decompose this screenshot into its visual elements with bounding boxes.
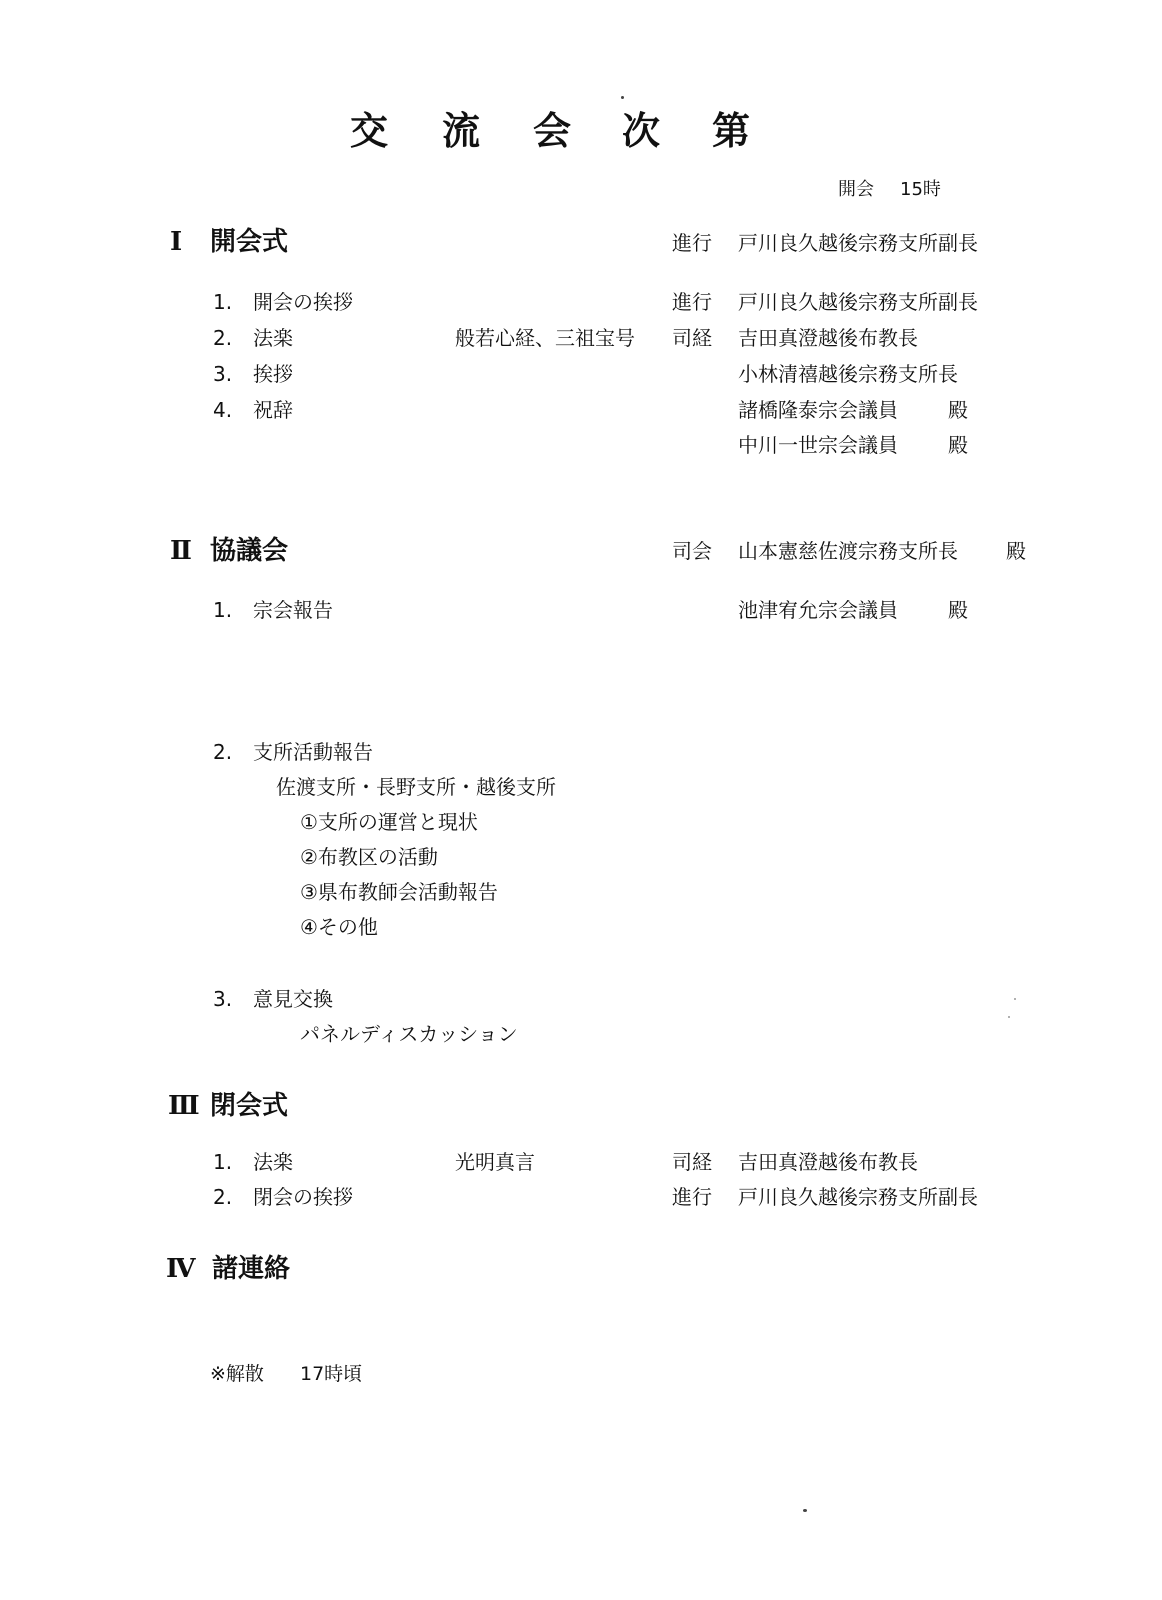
item-person: 吉田真澄越後布教長 — [738, 1152, 918, 1172]
section-heading: 閉会式 — [210, 1093, 288, 1119]
title-char: 次 — [622, 112, 660, 150]
document-title: 交 流 会 次 第 — [350, 112, 770, 156]
item-role: 司経 — [672, 1152, 712, 1172]
title-char: 交 — [350, 112, 388, 150]
subitem: ①支所の運営と現状 — [300, 812, 478, 832]
item-number: 1. — [213, 292, 232, 312]
item-label: 開会の挨拶 — [253, 292, 353, 312]
scan-speck — [1008, 1016, 1010, 1018]
item-person: 諸橋隆泰宗会議員 — [738, 400, 898, 420]
title-char: 第 — [712, 112, 750, 150]
item-number: 2. — [213, 328, 232, 348]
item-person: 中川一世宗会議員 — [738, 435, 898, 455]
item-label: 法楽 — [253, 1152, 293, 1172]
title-char: 流 — [442, 112, 480, 150]
item-label: 挨拶 — [253, 364, 293, 384]
item-person: 小林清禧越後宗務支所長 — [738, 364, 958, 384]
item-label: 祝辞 — [253, 400, 293, 420]
item-label: 法楽 — [253, 328, 293, 348]
item-sub: パネルディスカッション — [300, 1024, 518, 1044]
section-person: 山本憲慈佐渡宗務支所長 — [738, 541, 958, 561]
opening-time-label: 開会 — [838, 181, 874, 199]
item-number: 2. — [213, 1187, 232, 1207]
subitem: ③県布教師会活動報告 — [300, 882, 498, 902]
item-detail: 光明真言 — [455, 1152, 535, 1172]
section-numeral: Ⅱ — [170, 538, 192, 564]
item-person: 池津宥允宗会議員 — [738, 600, 898, 620]
item-person: 戸川良久越後宗務支所副長 — [738, 292, 978, 312]
item-number: 2. — [213, 742, 232, 762]
section-heading: 諸連絡 — [212, 1256, 290, 1282]
section-person: 戸川良久越後宗務支所副長 — [738, 233, 978, 253]
item-sub: 佐渡支所・長野支所・越後支所 — [276, 777, 556, 797]
item-label: 宗会報告 — [253, 600, 333, 620]
section-role: 進行 — [672, 233, 712, 253]
item-role: 進行 — [672, 1187, 712, 1207]
subitem: ②布教区の活動 — [300, 847, 438, 867]
title-char: 会 — [533, 112, 571, 150]
item-number: 4. — [213, 400, 232, 420]
section-numeral: Ⅲ — [168, 1093, 200, 1119]
item-role: 進行 — [672, 292, 712, 312]
item-detail: 般若心経、三祖宝号 — [455, 328, 635, 348]
section-role: 司会 — [672, 541, 712, 561]
item-label: 支所活動報告 — [253, 742, 373, 762]
section-heading: 開会式 — [210, 229, 288, 255]
item-number: 3. — [213, 989, 232, 1009]
item-person: 戸川良久越後宗務支所副長 — [738, 1187, 978, 1207]
item-label: 意見交換 — [253, 989, 333, 1009]
section-numeral: Ⅳ — [166, 1256, 196, 1282]
item-number: 3. — [213, 364, 232, 384]
dismissal-time: 17時頃 — [300, 1365, 362, 1384]
dismissal-note: ※解散 — [210, 1365, 264, 1384]
item-honorific: 殿 — [948, 600, 968, 620]
item-honorific: 殿 — [948, 435, 968, 455]
subitem: ④その他 — [300, 917, 378, 937]
item-person: 吉田真澄越後布教長 — [738, 328, 918, 348]
scan-speck — [1014, 998, 1016, 1000]
item-label: 閉会の挨拶 — [253, 1187, 353, 1207]
section-numeral: Ⅰ — [170, 229, 182, 255]
scan-speck — [803, 1509, 807, 1512]
item-number: 1. — [213, 600, 232, 620]
scan-speck — [621, 96, 624, 99]
item-honorific: 殿 — [948, 400, 968, 420]
item-number: 1. — [213, 1152, 232, 1172]
section-heading: 協議会 — [210, 538, 288, 564]
section-honorific: 殿 — [1006, 541, 1026, 561]
item-role: 司経 — [672, 328, 712, 348]
opening-time-value: 15時 — [900, 181, 941, 199]
